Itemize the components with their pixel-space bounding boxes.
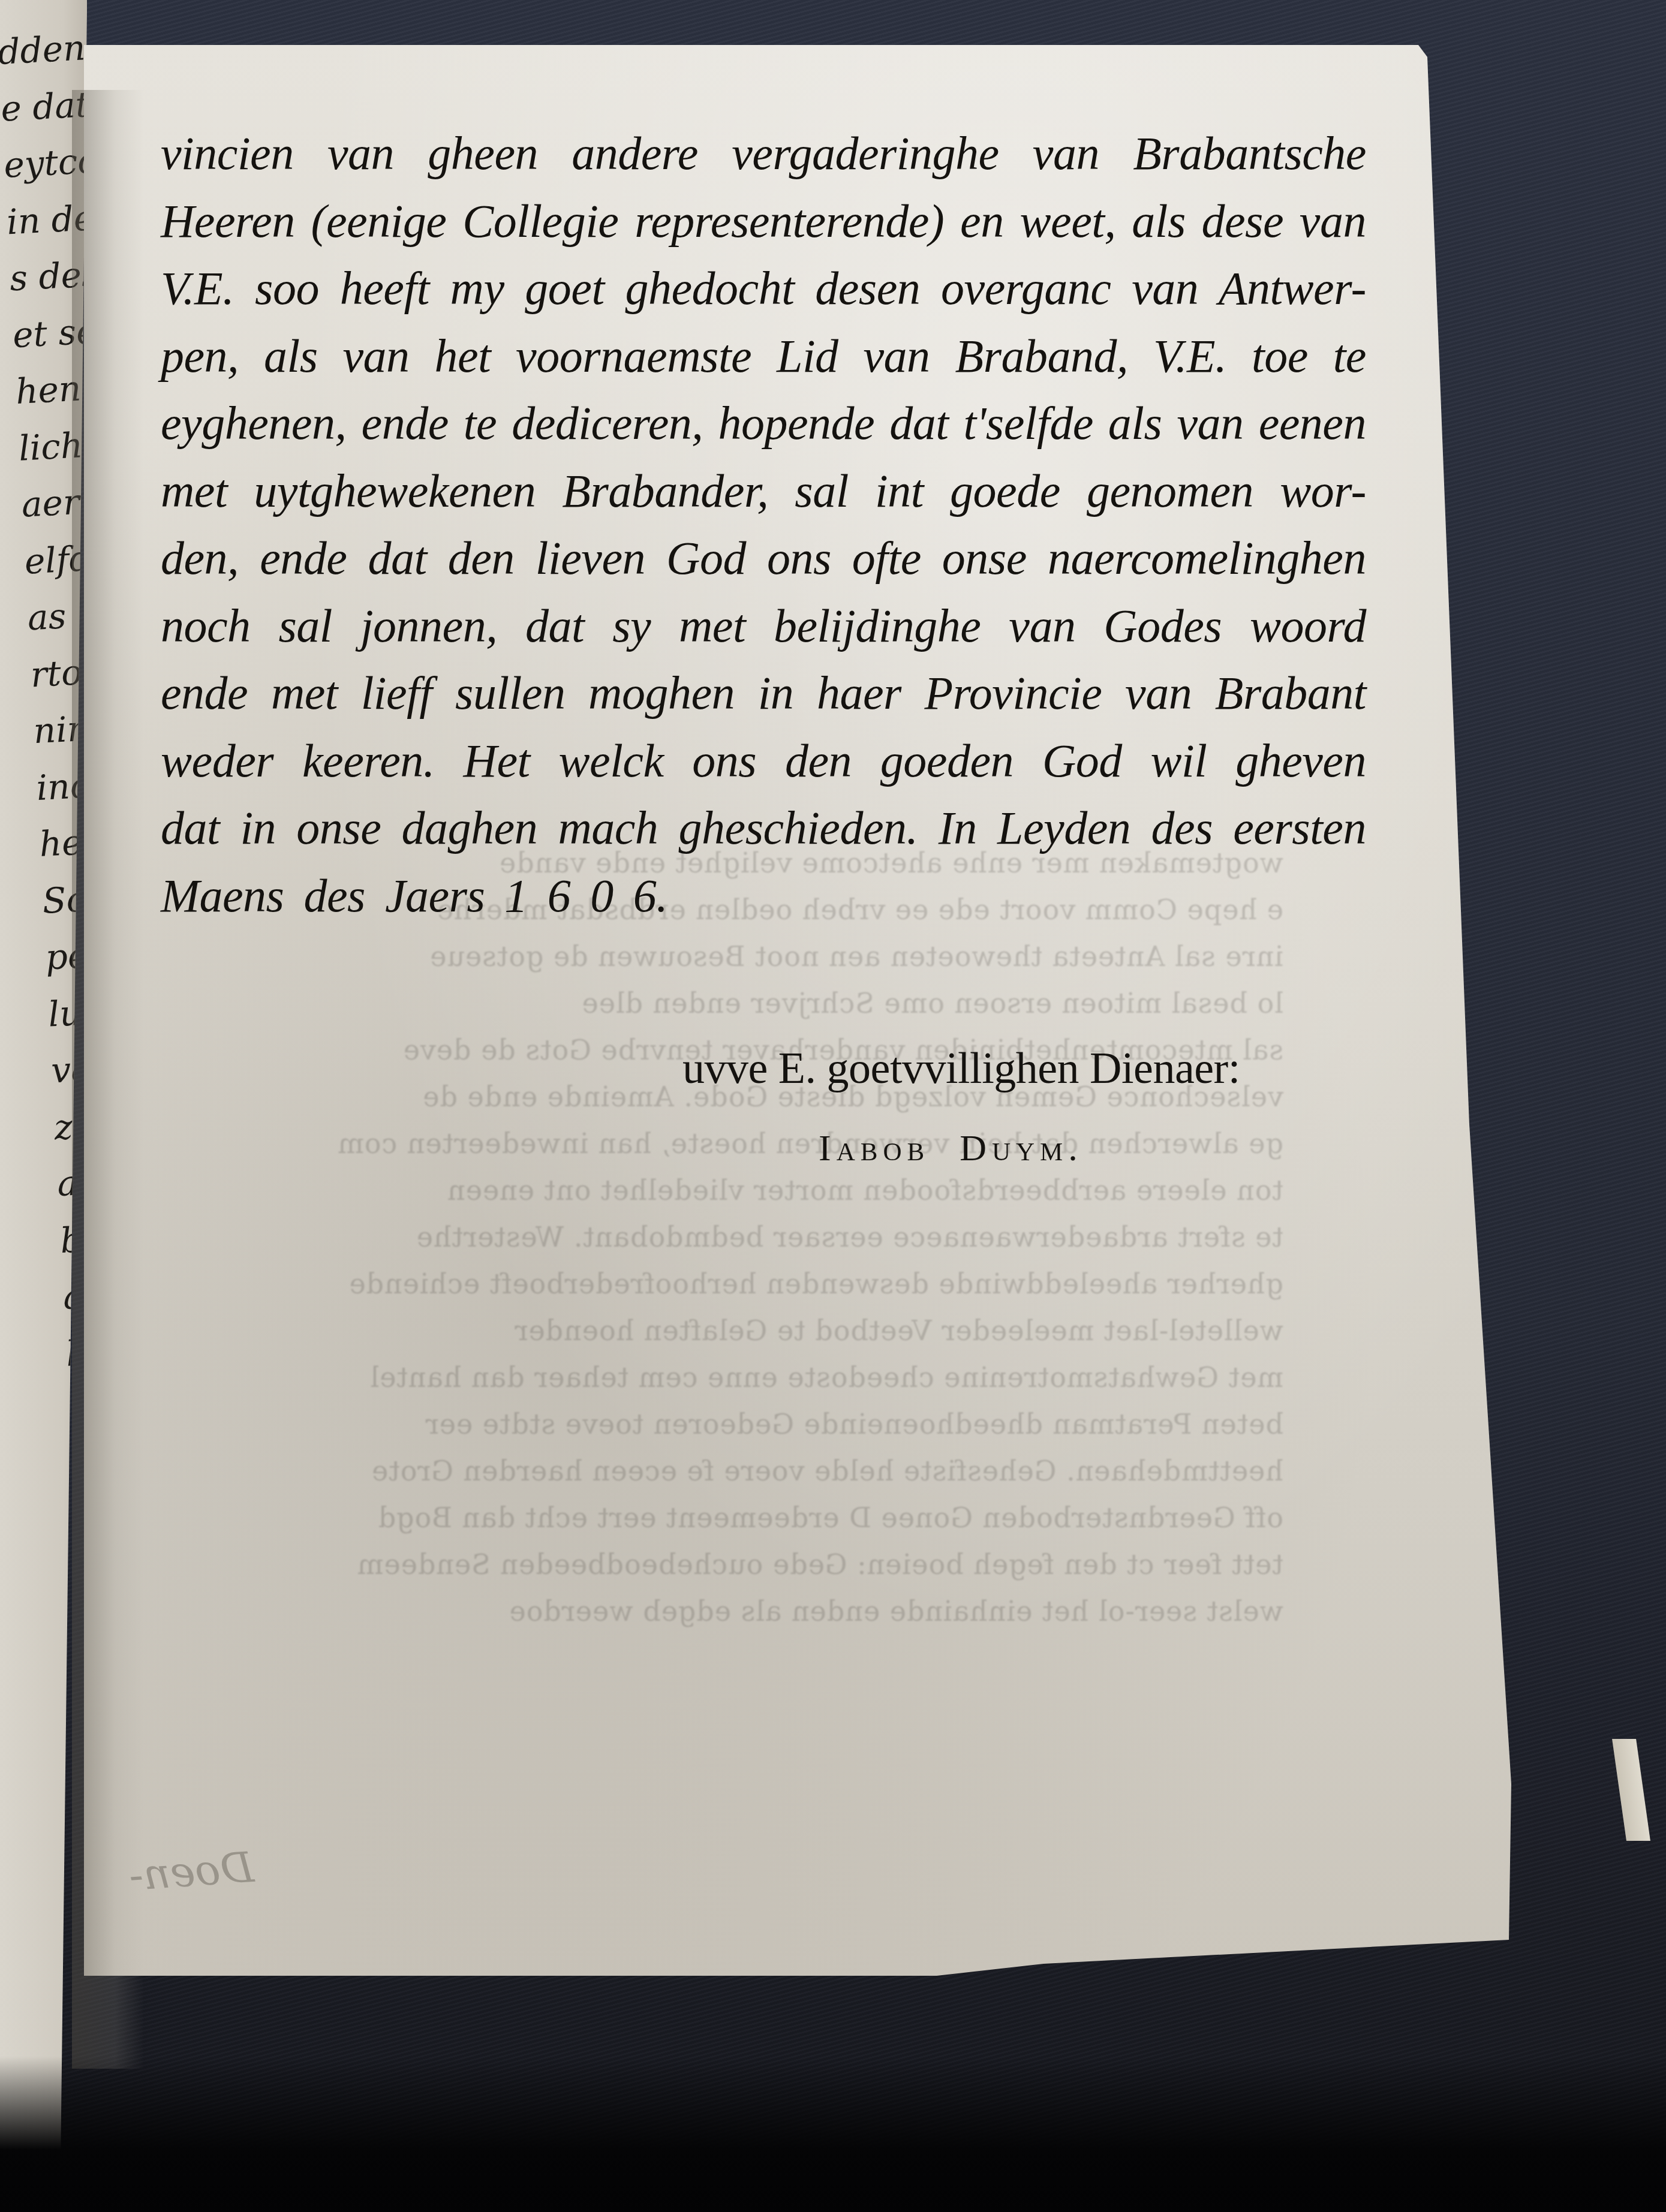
reverse-side-show-through: wogtemaken mer enhe ahetcome velighet en… (144, 839, 1283, 1635)
text-line: noch sal jonnen, dat sy met belijdinghe … (161, 592, 1366, 660)
text-line: ende met lieff sullen moghen in haer Pro… (161, 660, 1366, 727)
dedication-text: vincien van gheen andere vergaderinghe v… (161, 120, 1366, 929)
bottom-shadow (0, 2056, 1666, 2212)
text-line: eyghenen, ende te dediceren, hopende dat… (161, 390, 1366, 458)
show-through-line: tett feer ct den fegeh boeien: Gede ouch… (144, 1541, 1283, 1588)
margin-fragment: ddenda (0, 16, 90, 80)
show-through-line: ge alwerchen dat hein verwondren hoeste,… (144, 1120, 1283, 1167)
book-gutter-shadow (72, 90, 144, 2069)
text-line: weder keeren. Het welck ons den goeden G… (161, 727, 1366, 795)
text-line: pen, als van het voornaemste Lid van Bra… (161, 323, 1366, 390)
show-through-line: welletel-laet meeleeder Veetbod te Gelaf… (144, 1307, 1283, 1354)
pencil-annotation: Doen- (127, 1843, 255, 1900)
text-line: Heeren (eenige Collegie representerende)… (161, 188, 1366, 255)
show-through-line: ton eleere aerbbeerdsfooden morter vlied… (144, 1167, 1283, 1214)
closing-salutation: uvve E. goetvvillighen Dienaer: (682, 1043, 1240, 1094)
date-line: Maens des Jaers 1 6 0 6. (161, 862, 1366, 930)
text-line: dat in onse daghen mach gheschieden. In … (161, 794, 1366, 862)
text-line: vincien van gheen andere vergaderinghe v… (161, 120, 1366, 188)
show-through-line: met Gewhatsmotrenine cheedoste enne cem … (144, 1354, 1283, 1401)
text-line: den, ende dat den lieven God ons ofte on… (161, 525, 1366, 592)
signature-last-name: Duym. (960, 1128, 1083, 1169)
show-through-line: off Geerdnsterboden Gonee D erdeemeent e… (144, 1494, 1283, 1541)
signature-first-name: Iabob (819, 1128, 930, 1169)
text-line: met uytghewekenen Brabander, sal int goe… (161, 458, 1366, 525)
show-through-line: inre sal Anteeta thewoeten aen noot Beso… (144, 933, 1283, 980)
author-signature: IabobDuym. (819, 1127, 1083, 1170)
show-through-line: heettmdehaen. Gehesfiste helde voere fe … (144, 1447, 1283, 1494)
text-line: V.E. soo heeft my goet ghedocht desen ov… (161, 255, 1366, 323)
show-through-line: welst seer-ol het einhainde enden als ed… (144, 1588, 1283, 1635)
show-through-line: gherher aheeleddwinde deswenden herhoofr… (144, 1260, 1283, 1307)
show-through-line: beten Peratman dheedhoeneinde Gedeoren t… (144, 1401, 1283, 1447)
show-through-line: te sfert ardaederwaenaece eersaer bedmdo… (144, 1214, 1283, 1260)
show-through-line: lo besal mitoen ersoen ome Schrjver ende… (144, 980, 1283, 1027)
